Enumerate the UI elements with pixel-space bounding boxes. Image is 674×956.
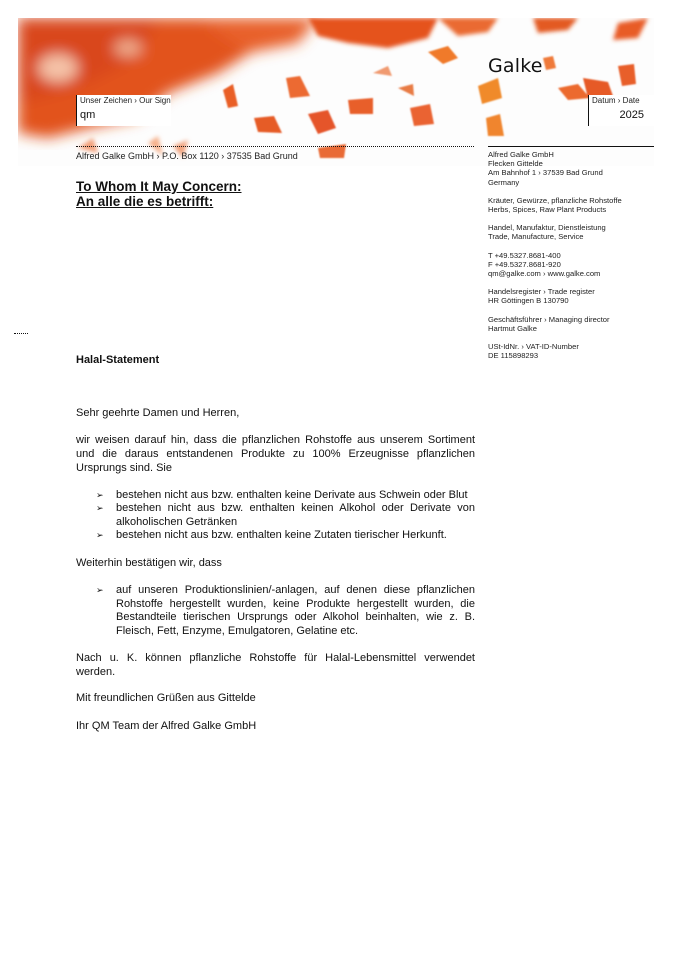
paprika-flakes-illustration: [18, 18, 654, 166]
letter-subject: Halal-Statement: [76, 354, 159, 366]
bullet-arrow-icon: ➢: [96, 489, 104, 503]
our-sign-label: Unser Zeichen › Our Sign: [80, 95, 171, 106]
signature: Ihr QM Team der Alfred Galke GmbH: [76, 720, 475, 734]
fax: F +49.5327.8681-920: [488, 260, 658, 269]
closing: Mit freundlichen Grüßen aus Gittelde: [76, 692, 475, 706]
recipient-line-de: An alle die es betrifft:: [76, 194, 242, 209]
recipient-line-en: To Whom It May Concern:: [76, 179, 242, 194]
company-contact: T +49.5327.8681-400 F +49.5327.8681-920 …: [488, 251, 658, 279]
our-sign-field: Unser Zeichen › Our Sign qm: [76, 95, 171, 126]
header-banner-image: [18, 18, 654, 166]
managing-director: Geschäftsführer › Managing director Hart…: [488, 315, 658, 333]
date-value: 2025: [592, 108, 654, 122]
our-sign-value: qm: [80, 108, 171, 122]
sender-address-line: Alfred Galke GmbH › P.O. Box 1120 › 3753…: [76, 151, 298, 161]
bullet-arrow-icon: ➢: [96, 502, 104, 516]
address-separator-dotted: [76, 146, 474, 147]
sidebar-separator-line: [488, 146, 654, 147]
bullet-arrow-icon: ➢: [96, 584, 104, 598]
company-logo: Galke: [488, 55, 543, 77]
email-web[interactable]: qm@galke.com › www.galke.com: [488, 269, 658, 278]
date-label: Datum › Date: [592, 95, 654, 106]
date-field: Datum › Date 2025: [588, 95, 654, 126]
salutation: Sehr geehrte Damen und Herren,: [76, 407, 475, 421]
fold-mark: [14, 333, 28, 334]
vat-id: USt-IdNr. › VAT-ID-Number DE 115898293: [488, 342, 658, 360]
recipient-block: To Whom It May Concern: An alle die es b…: [76, 179, 242, 209]
conclusion-paragraph: Nach u. K. können pflanzliche Rohstoffe …: [76, 652, 475, 679]
company-services: Handel, Manufaktur, Dienstleistung Trade…: [488, 223, 658, 241]
company-products: Kräuter, Gewürze, pflanzliche Rohstoffe …: [488, 196, 658, 214]
confirmation-intro: Weiterhin bestätigen wir, dass: [76, 557, 475, 571]
company-info-sidebar: Alfred Galke GmbH Flecken Gittelde Am Ba…: [488, 150, 658, 369]
bullet-arrow-icon: ➢: [96, 529, 104, 543]
phone: T +49.5327.8681-400: [488, 251, 658, 260]
intro-paragraph: wir weisen darauf hin, dass die pflanzli…: [76, 434, 475, 475]
company-address: Alfred Galke GmbH Flecken Gittelde Am Ba…: [488, 150, 658, 187]
trade-register: Handelsregister › Trade register HR Gött…: [488, 287, 658, 305]
